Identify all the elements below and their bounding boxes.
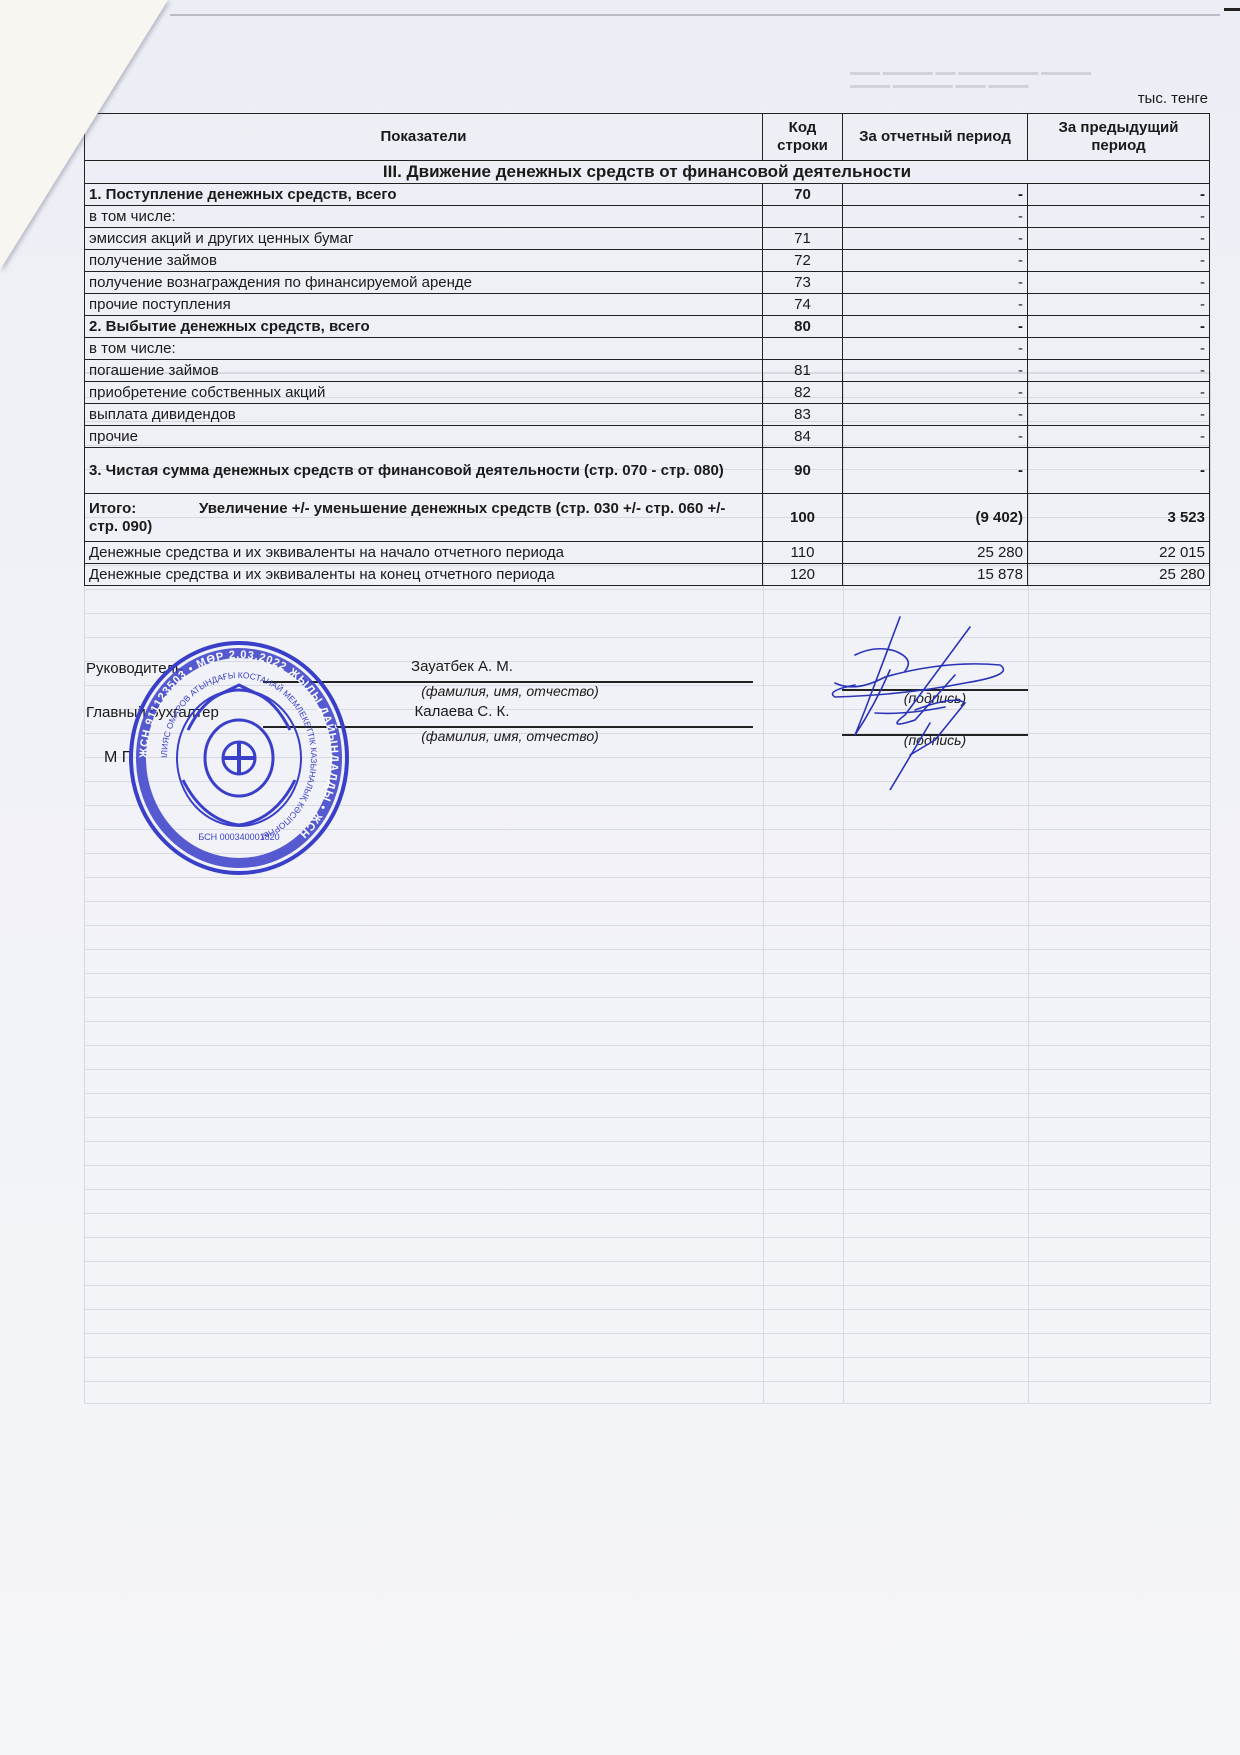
table-row: эмиссия акций и других ценных бумаг71-- bbox=[85, 228, 1210, 250]
row-current-value: - bbox=[843, 426, 1028, 448]
bleed-through-line bbox=[85, 949, 1210, 950]
bleed-through-line bbox=[85, 1357, 1210, 1358]
row-current-value: - bbox=[843, 272, 1028, 294]
bleed-through-line bbox=[85, 1069, 1210, 1070]
row-code: 82 bbox=[763, 382, 843, 404]
row-code: 80 bbox=[763, 316, 843, 338]
row-code: 73 bbox=[763, 272, 843, 294]
net-cash-row: 3. Чистая сумма денежных средств от фина… bbox=[85, 448, 1210, 494]
row-label: погашение займов bbox=[85, 360, 763, 382]
bleed-through-line bbox=[85, 1213, 1210, 1214]
header-current-period: За отчетный период bbox=[843, 114, 1028, 161]
row-previous-value: - bbox=[1028, 206, 1210, 228]
row-previous-value: - bbox=[1028, 228, 1210, 250]
row-label: Денежные средства и их эквиваленты на ко… bbox=[85, 564, 763, 586]
row-previous-value: 25 280 bbox=[1028, 564, 1210, 586]
row-current-value: - bbox=[843, 206, 1028, 228]
official-stamp-icon: ЖСН 911123503 • МӨР 2.03.2022 ЖЫЛЫ ДАЙЫН… bbox=[128, 640, 350, 876]
accountant-name-hint: (фамилия, имя, отчество) bbox=[400, 728, 620, 744]
row-previous-value: - bbox=[1028, 272, 1210, 294]
row-code: 72 bbox=[763, 250, 843, 272]
row-code: 84 bbox=[763, 426, 843, 448]
row-label: Денежные средства и их эквиваленты на на… bbox=[85, 542, 763, 564]
section-title-row: III. Движение денежных средств от финанс… bbox=[85, 161, 1210, 184]
bleed-through-line bbox=[85, 1165, 1210, 1166]
scanned-page: ▬▬▬ ▬▬▬▬▬ ▬▬ ▬▬▬▬▬▬▬▬ ▬▬▬▬▬▬▬▬▬ ▬▬▬▬▬▬ ▬… bbox=[0, 0, 1240, 1755]
row-current-value: 15 878 bbox=[843, 564, 1028, 586]
bleed-through-line bbox=[85, 1117, 1210, 1118]
row-previous-value: - bbox=[1028, 316, 1210, 338]
row-label: 3. Чистая сумма денежных средств от фина… bbox=[85, 448, 763, 494]
total-change-row: Итого:Увеличение +/- уменьшение денежных… bbox=[85, 494, 1210, 542]
accountant-name: Калаева С. К. bbox=[322, 703, 602, 720]
row-current-value: - bbox=[843, 382, 1028, 404]
folded-corner bbox=[0, 0, 168, 270]
bleed-through-line bbox=[85, 901, 1210, 902]
bleed-through-line bbox=[85, 613, 1210, 614]
table-row: приобретение собственных акций82-- bbox=[85, 382, 1210, 404]
table-row: в том числе:-- bbox=[85, 338, 1210, 360]
row-previous-value: 3 523 bbox=[1028, 494, 1210, 542]
row-code bbox=[763, 206, 843, 228]
header-indicators: Показатели bbox=[85, 114, 763, 161]
row-code: 120 bbox=[763, 564, 843, 586]
row-current-value: - bbox=[843, 228, 1028, 250]
row-previous-value: - bbox=[1028, 382, 1210, 404]
row-current-value: - bbox=[843, 360, 1028, 382]
row-current-value: - bbox=[843, 316, 1028, 338]
table-row: Денежные средства и их эквиваленты на ко… bbox=[85, 564, 1210, 586]
table-row: прочие84-- bbox=[85, 426, 1210, 448]
scan-edge-line bbox=[170, 14, 1220, 16]
handwritten-signature-icon bbox=[815, 615, 1015, 790]
bleed-through-line bbox=[85, 1141, 1210, 1142]
bleed-through-line bbox=[85, 589, 1210, 590]
row-current-value: - bbox=[843, 338, 1028, 360]
row-previous-value: - bbox=[1028, 184, 1210, 206]
row-previous-value: - bbox=[1028, 338, 1210, 360]
row-current-value: - bbox=[843, 404, 1028, 426]
section-title: III. Движение денежных средств от финанс… bbox=[85, 161, 1210, 184]
table-header-row: Показатели Код строки За отчетный период… bbox=[85, 114, 1210, 161]
bleed-through-line bbox=[85, 997, 1210, 998]
row-previous-value: 22 015 bbox=[1028, 542, 1210, 564]
row-label: выплата дивидендов bbox=[85, 404, 763, 426]
bleed-through-line bbox=[85, 1333, 1210, 1334]
table-row: Денежные средства и их эквиваленты на на… bbox=[85, 542, 1210, 564]
table-row: 2. Выбытие денежных средств, всего80-- bbox=[85, 316, 1210, 338]
row-current-value: - bbox=[843, 448, 1028, 494]
total-prefix: Итого: bbox=[89, 500, 199, 518]
header-line-code: Код строки bbox=[763, 114, 843, 161]
bleed-through-line bbox=[85, 1285, 1210, 1286]
row-label: Итого:Увеличение +/- уменьшение денежных… bbox=[85, 494, 763, 542]
row-previous-value: - bbox=[1028, 360, 1210, 382]
header-previous-period: За предыдущий период bbox=[1028, 114, 1210, 161]
bleed-through-line bbox=[85, 973, 1210, 974]
bleed-through-line bbox=[85, 1189, 1210, 1190]
table-row: получение займов72-- bbox=[85, 250, 1210, 272]
cash-flow-table: Показатели Код строки За отчетный период… bbox=[84, 113, 1210, 586]
row-current-value: - bbox=[843, 184, 1028, 206]
table-row: выплата дивидендов83-- bbox=[85, 404, 1210, 426]
bleed-through-line bbox=[85, 925, 1210, 926]
row-code bbox=[763, 338, 843, 360]
row-current-value: 25 280 bbox=[843, 542, 1028, 564]
units-label: тыс. тенге bbox=[1138, 90, 1208, 107]
row-label: получение займов bbox=[85, 250, 763, 272]
scan-edge-mark bbox=[1224, 8, 1240, 11]
row-code: 81 bbox=[763, 360, 843, 382]
row-code: 70 bbox=[763, 184, 843, 206]
row-label: прочие поступления bbox=[85, 294, 763, 316]
bleed-through-line bbox=[85, 1261, 1210, 1262]
svg-text:БСН 000340001820: БСН 000340001820 bbox=[198, 832, 279, 842]
bleed-through-line bbox=[85, 1021, 1210, 1022]
row-current-value: - bbox=[843, 250, 1028, 272]
bleed-through-line bbox=[85, 1381, 1210, 1382]
head-name-hint: (фамилия, имя, отчество) bbox=[400, 683, 620, 699]
row-code: 71 bbox=[763, 228, 843, 250]
row-label: приобретение собственных акций bbox=[85, 382, 763, 404]
row-label: 1. Поступление денежных средств, всего bbox=[85, 184, 763, 206]
row-label: получение вознаграждения по финансируемо… bbox=[85, 272, 763, 294]
row-code: 74 bbox=[763, 294, 843, 316]
row-label: в том числе: bbox=[85, 206, 763, 228]
bleed-through-note: ▬▬▬ ▬▬▬▬▬ ▬▬ ▬▬▬▬▬▬▬▬ ▬▬▬▬▬▬▬▬▬ ▬▬▬▬▬▬ ▬… bbox=[850, 66, 1170, 92]
row-previous-value: - bbox=[1028, 294, 1210, 316]
row-code: 83 bbox=[763, 404, 843, 426]
table-row: прочие поступления74-- bbox=[85, 294, 1210, 316]
row-label: 2. Выбытие денежных средств, всего bbox=[85, 316, 763, 338]
table-row: 1. Поступление денежных средств, всего70… bbox=[85, 184, 1210, 206]
row-current-value: (9 402) bbox=[843, 494, 1028, 542]
row-label: прочие bbox=[85, 426, 763, 448]
bleed-through-line bbox=[85, 637, 1210, 638]
row-previous-value: - bbox=[1028, 448, 1210, 494]
table-row: погашение займов81-- bbox=[85, 360, 1210, 382]
bleed-through-line bbox=[85, 1045, 1210, 1046]
table-row: в том числе:-- bbox=[85, 206, 1210, 228]
bleed-through-line bbox=[85, 1093, 1210, 1094]
row-label: эмиссия акций и других ценных бумаг bbox=[85, 228, 763, 250]
row-current-value: - bbox=[843, 294, 1028, 316]
row-label: в том числе: bbox=[85, 338, 763, 360]
table-row: получение вознаграждения по финансируемо… bbox=[85, 272, 1210, 294]
row-code: 110 bbox=[763, 542, 843, 564]
row-code: 100 bbox=[763, 494, 843, 542]
bleed-through-line bbox=[85, 1237, 1210, 1238]
row-previous-value: - bbox=[1028, 404, 1210, 426]
head-name: Зауатбек А. М. bbox=[322, 658, 602, 675]
row-previous-value: - bbox=[1028, 250, 1210, 272]
row-previous-value: - bbox=[1028, 426, 1210, 448]
row-code: 90 bbox=[763, 448, 843, 494]
bleed-through-line bbox=[85, 877, 1210, 878]
bleed-through-line bbox=[85, 1309, 1210, 1310]
